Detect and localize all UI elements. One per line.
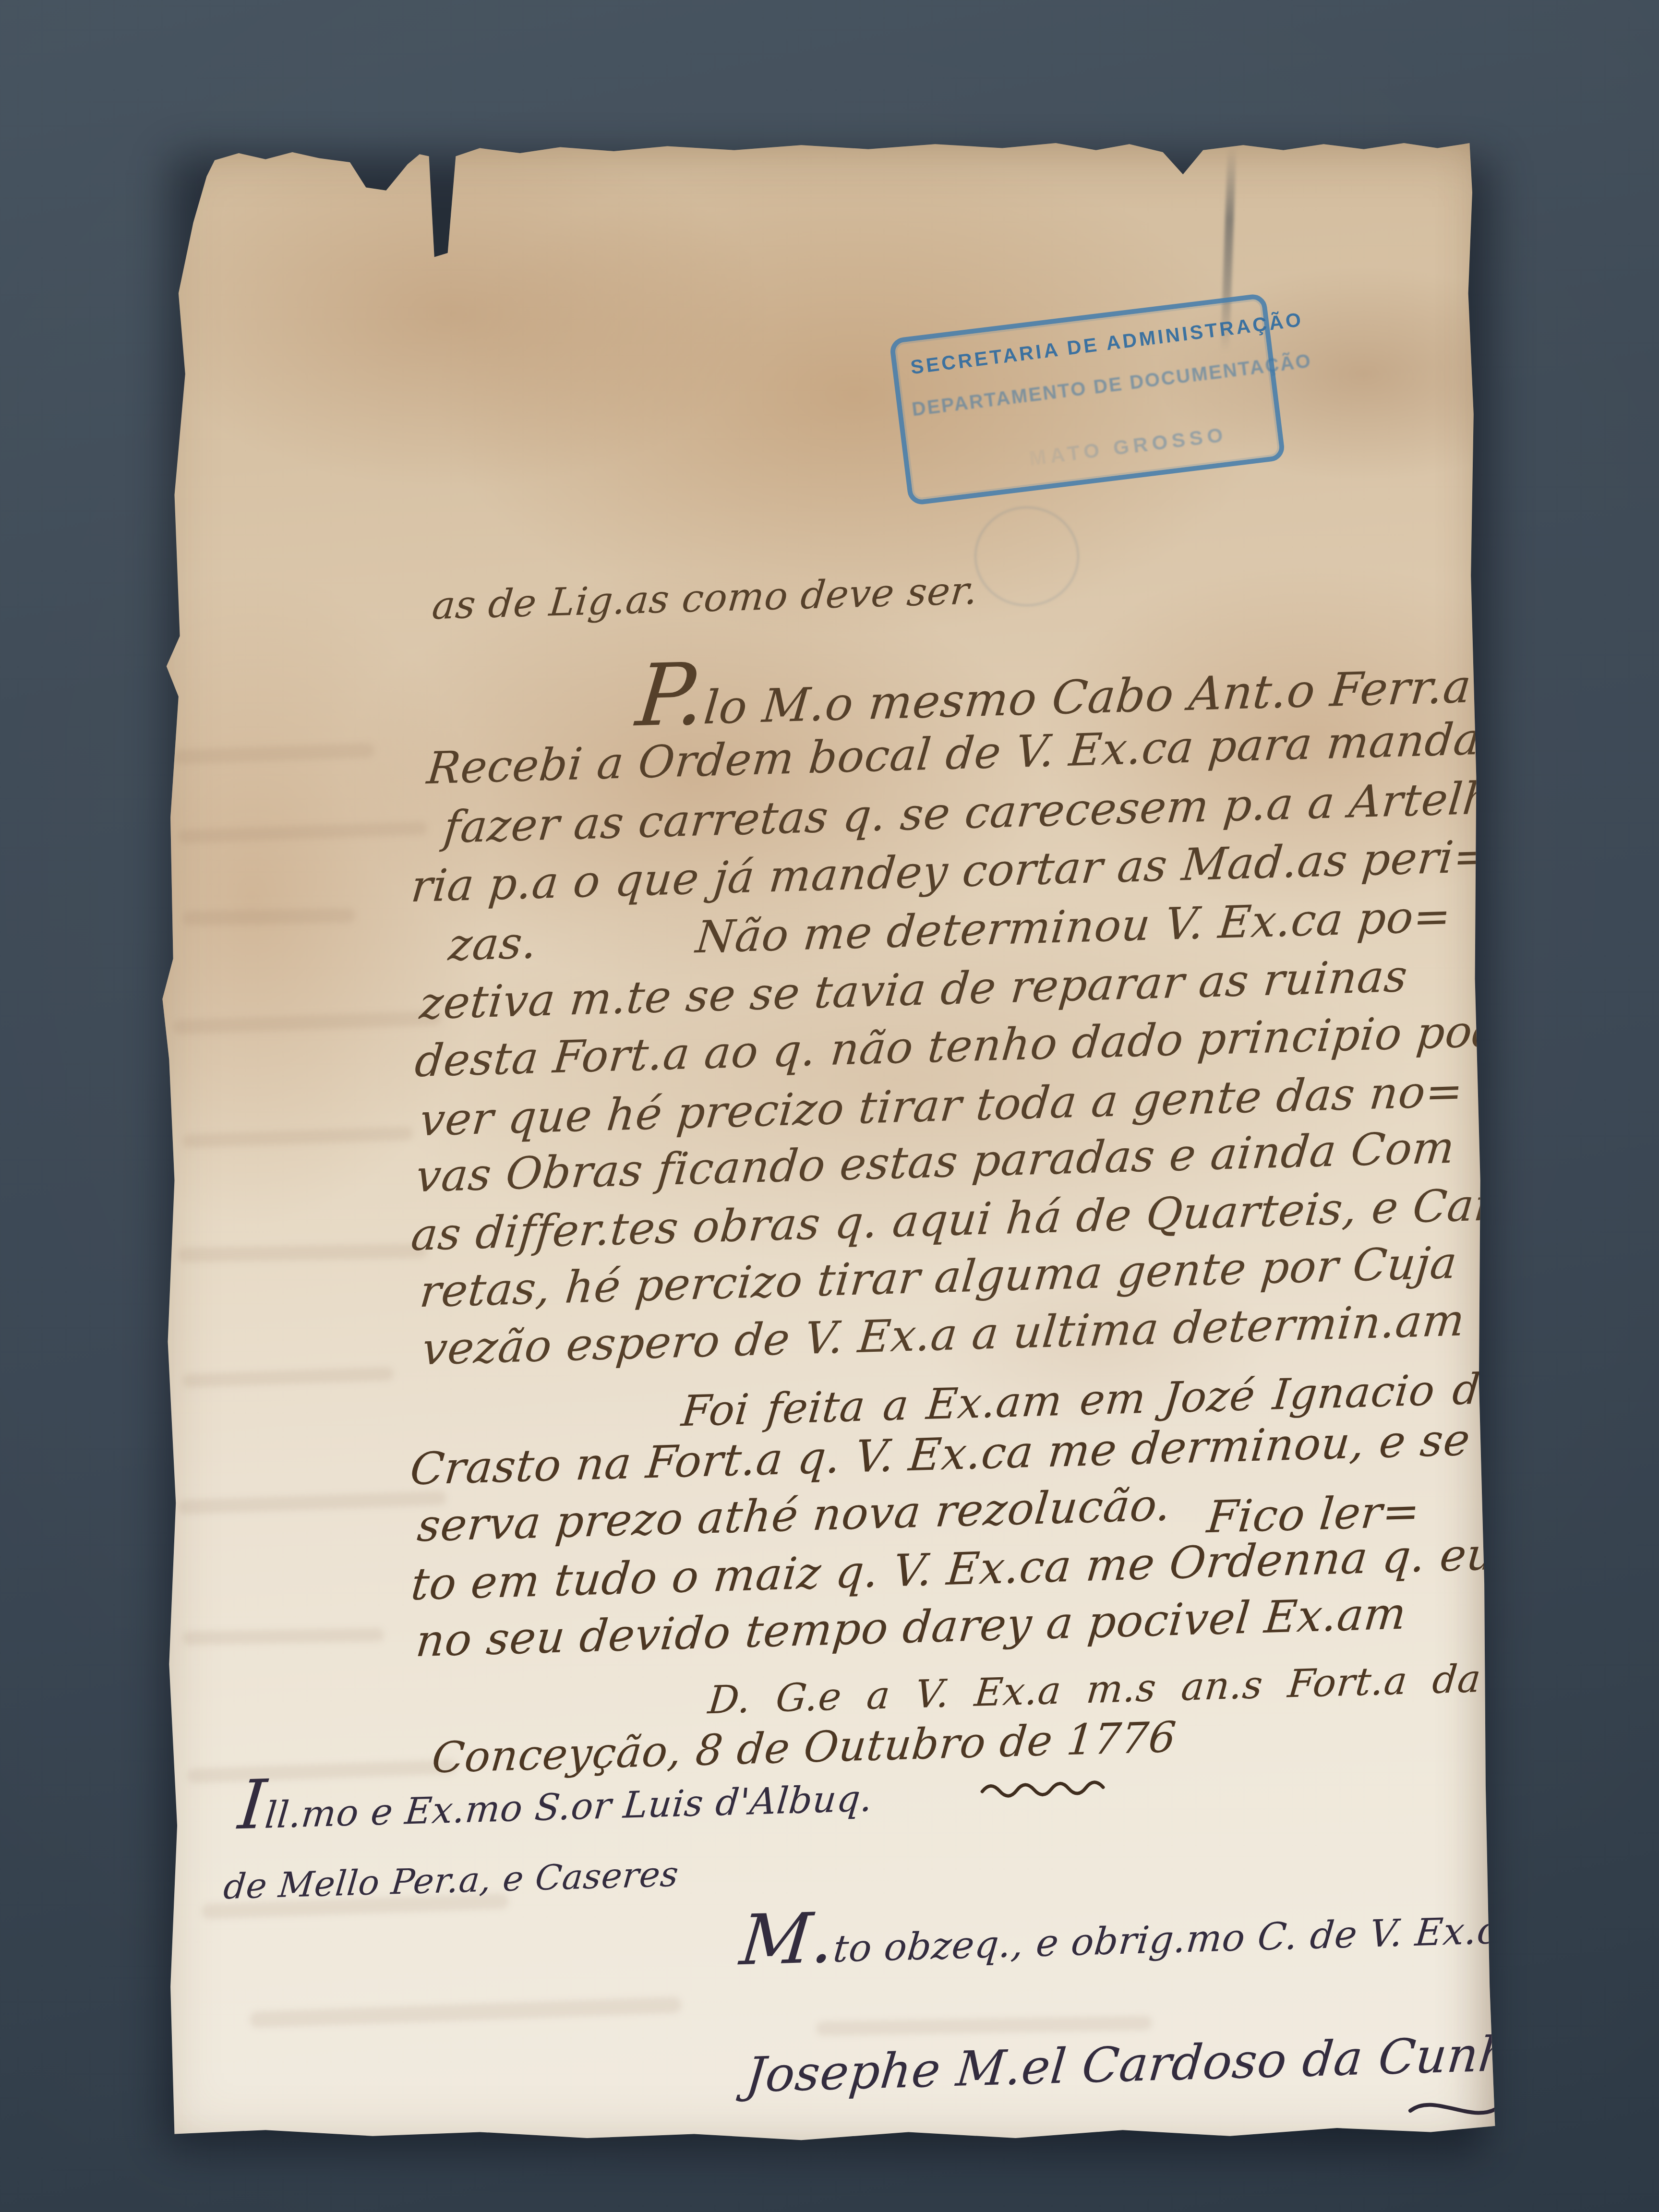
bleedthrough-mark bbox=[182, 1127, 413, 1148]
letter-line-22: Conceyção, 8 de Outubro de 1776 bbox=[430, 1712, 1178, 1783]
bleedthrough-mark bbox=[250, 1996, 682, 2028]
ink-seal-ghost bbox=[974, 506, 1079, 606]
bleedthrough-mark bbox=[178, 821, 428, 843]
bleedthrough-mark bbox=[173, 1010, 442, 1034]
bleedthrough-mark bbox=[187, 1759, 457, 1783]
address-line-1: Ill.mo e Ex.mo S.or Luis d'Albuq. bbox=[236, 1777, 875, 1837]
valediction-line: M.to obzeq., e obrig.mo C. de V. Ex.cia bbox=[737, 1908, 1536, 1973]
letter-line-21: D. G.e a V. Ex.a m.s an.s Fort.a da bbox=[706, 1656, 1483, 1722]
stamp-line-3: MATO GROSSO bbox=[1028, 424, 1228, 469]
bleedthrough-mark bbox=[182, 1628, 384, 1645]
address-line-2: de Mello Per.a, e Caseres bbox=[222, 1854, 681, 1907]
bleedthrough-mark bbox=[178, 1491, 447, 1515]
bleedthrough-mark bbox=[182, 1367, 394, 1387]
archive-stamp: SECRETARIA DE ADMINISTRAÇÃO DEPARTAMENTO… bbox=[889, 293, 1286, 506]
letter-line-1: as de Lig.as como deve ser. bbox=[430, 568, 980, 628]
bleedthrough-mark bbox=[816, 2016, 1152, 2036]
date-underline-flourish bbox=[979, 1778, 1123, 1799]
document-paper: SECRETARIA DE ADMINISTRAÇÃO DEPARTAMENTO… bbox=[158, 132, 1498, 2148]
photo-background: SECRETARIA DE ADMINISTRAÇÃO DEPARTAMENTO… bbox=[0, 0, 1659, 2212]
bleedthrough-mark bbox=[178, 1243, 427, 1262]
bleedthrough-mark bbox=[173, 743, 375, 765]
bleedthrough-mark bbox=[182, 908, 355, 926]
signature-flourish bbox=[1407, 2081, 1522, 2134]
letter-line-6: zas. bbox=[446, 917, 540, 971]
